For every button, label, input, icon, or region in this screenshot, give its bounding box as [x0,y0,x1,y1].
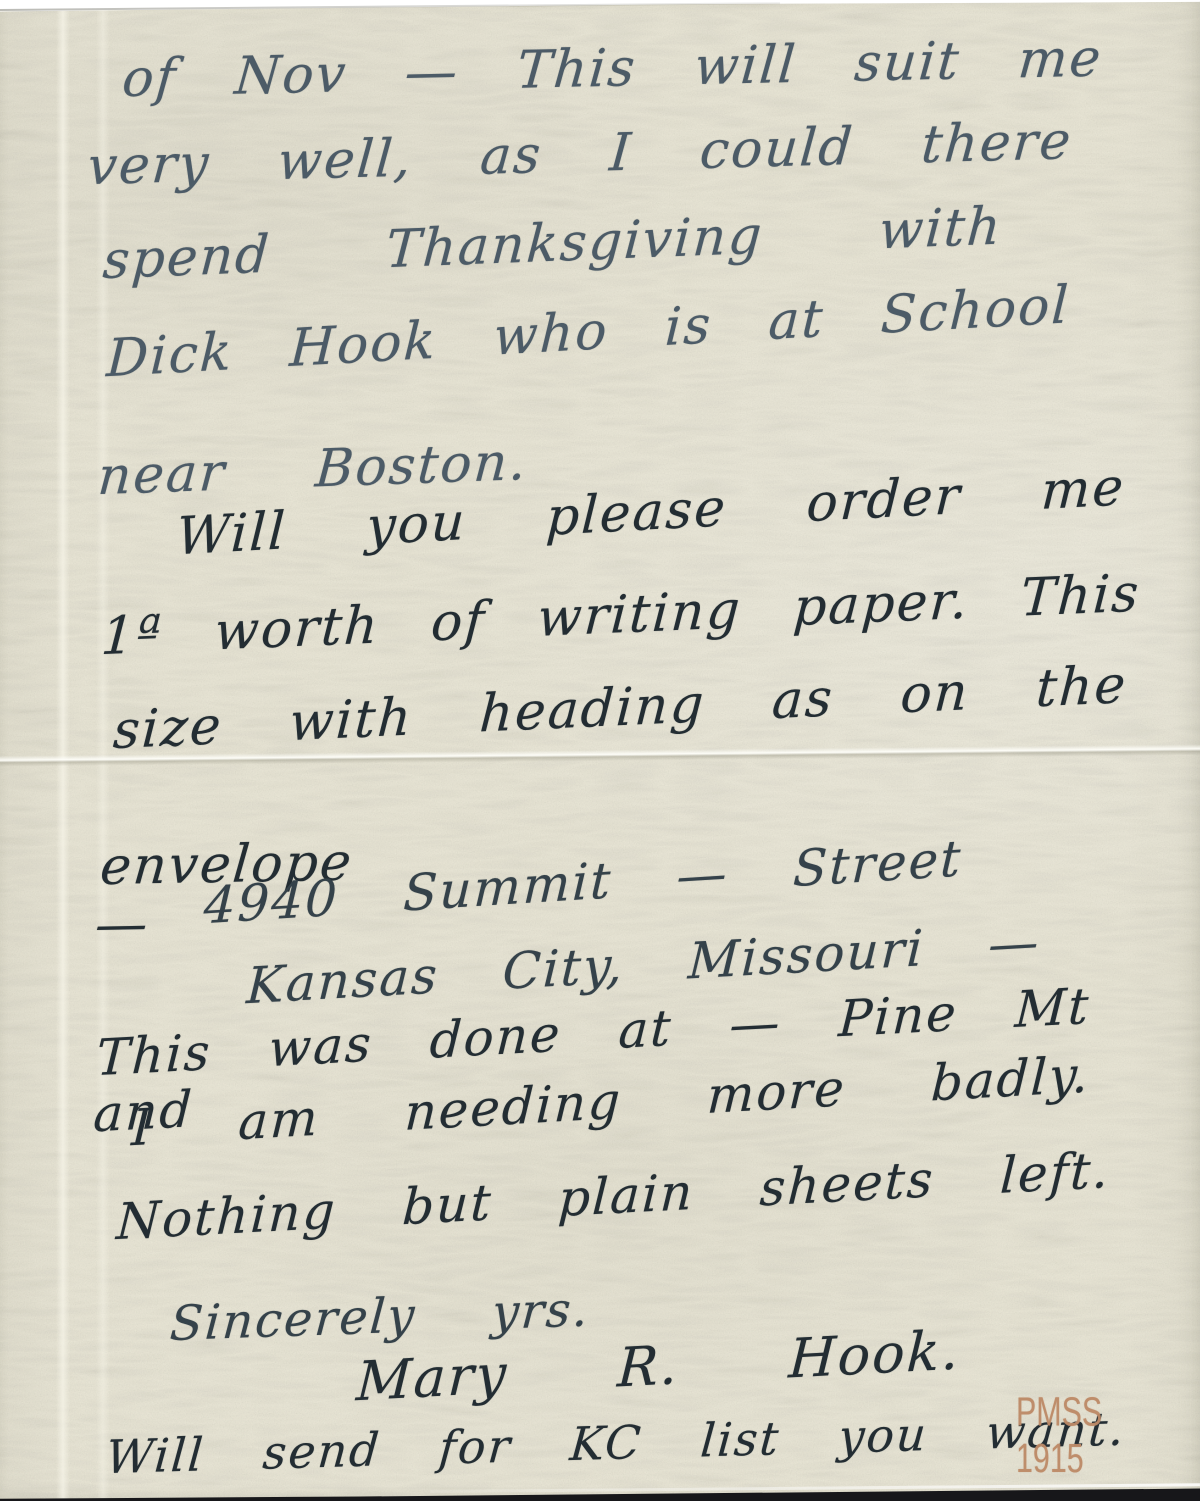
handwritten-line-2: very well, as I could there [85,112,1074,196]
handwritten-line-17: Will send for KC list you want. [104,1404,1128,1484]
handwritten-line-6: Will you please order me [175,458,1127,566]
handwritten-line-14: Nothing but plain sheets left. [115,1142,1112,1250]
handwritten-line-9: envelope — [93,832,448,955]
handwritten-line-13: I am needing more badly. [130,1046,1091,1156]
handwritten-line-5: near Boston. [96,433,530,506]
letter-page: of Nov — This will suit mevery well, as … [0,0,1200,1501]
handwritten-line-12: This was done at — Pine Mt and [92,978,1092,1143]
handwritten-line-10: 4940 Summit — Street [203,830,964,934]
handwritten-line-11: Kansas City, Missouri — [245,914,1042,1015]
handwritten-line-3: spend Thanksgiving with [101,197,1004,290]
handwritten-line-7: 1ª worth of writing paper. This [99,564,1142,666]
handwritten-line-15: Sincerely yrs. [168,1283,592,1352]
handwriting-layer: of Nov — This will suit mevery well, as … [0,0,1200,1501]
handwritten-line-1: of Nov — This will suit me [120,29,1105,108]
handwritten-line-8: size with heading as on the [112,656,1129,760]
handwritten-line-16: Mary R. Hook. [355,1320,962,1412]
handwritten-line-4: Dick Hook who is at School [105,276,1071,388]
